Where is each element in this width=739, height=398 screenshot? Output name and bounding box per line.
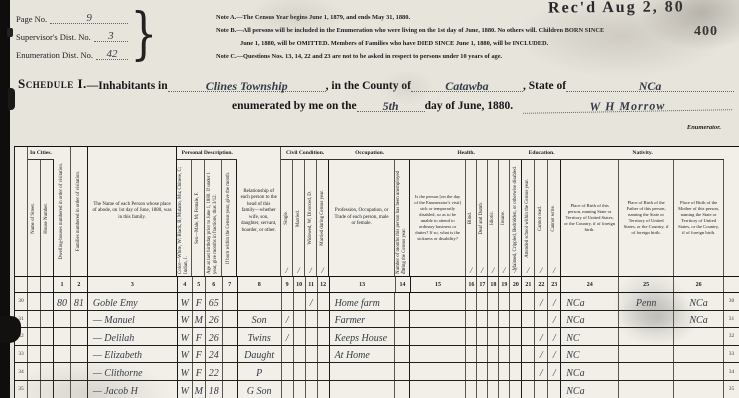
cell-occupation: At Home — [330, 346, 396, 363]
group-personal-description: Personal Description. Color—White, W; Bl… — [177, 147, 237, 276]
page-no-value: 9 — [50, 14, 128, 24]
cell-dwelling — [54, 328, 71, 345]
cell-insane — [499, 346, 510, 363]
tick-mark: / — [297, 267, 299, 275]
header-dwelling-number: Dwelling-houses numbered in order of vis… — [54, 147, 71, 276]
cell-married — [294, 328, 306, 345]
line-number-left: 34 — [15, 363, 28, 380]
cell-pob-father — [619, 311, 674, 328]
cell-blind — [466, 311, 477, 328]
cell-occupation: Farmer — [330, 311, 396, 328]
header-relationship: Relationship of each person to the head … — [237, 147, 281, 276]
cell-name: — Elizabeth — [88, 346, 178, 363]
cell-idiotic — [488, 293, 499, 310]
col-no: 2 — [71, 277, 88, 292]
cell-months-unemployed — [395, 346, 410, 363]
cell-color: W — [178, 363, 193, 380]
group-occupation: Occupation. Profession, Occupation, or T… — [329, 147, 410, 276]
cell-occupation: Home farm — [330, 293, 396, 310]
cell-color: W — [178, 328, 193, 345]
cell-months-unemployed — [395, 363, 410, 380]
tick-mark: / — [401, 267, 403, 275]
inhabitants-label: —Inhabitants in — [87, 80, 168, 92]
col-no: 25 — [619, 277, 674, 292]
cell-attended-school — [522, 346, 535, 363]
cell-pob-father — [619, 346, 674, 363]
header-single: Single./ — [281, 160, 293, 276]
group-health-label: Health. — [410, 147, 522, 160]
cell-cannot-write: / — [548, 363, 561, 380]
note-b-line1: Note B.—All persons will be included in … — [216, 24, 646, 37]
cell-maimed — [510, 381, 522, 398]
cell-married-census-year — [318, 311, 330, 328]
col-no: 24 — [561, 277, 619, 292]
cell-street — [28, 293, 41, 310]
table-row: 31 — Manuel W M 26 Son / Farmer / NCa NC… — [15, 311, 739, 329]
cell-sex: F — [193, 293, 206, 310]
col-no: 16 — [466, 277, 477, 292]
cell-birth-month — [223, 328, 238, 345]
col-no: 7 — [223, 277, 238, 292]
cell-married-census-year — [318, 293, 330, 310]
cell-cannot-read: / — [535, 293, 548, 310]
col-no: 13 — [330, 277, 396, 292]
cell-dwelling — [54, 311, 71, 328]
cell-sex: F — [193, 328, 206, 345]
group-health: Health. Is the person [on the day of the… — [410, 147, 522, 276]
group-in-cities-label: In Cities. — [28, 147, 54, 160]
township-value: Clines Township — [168, 81, 326, 92]
cell-house — [41, 363, 54, 380]
cell-sickness — [410, 311, 466, 328]
header-street: Name of Street. — [28, 160, 41, 276]
note-b-line2: June 1, 1880, will be OMITTED. Members o… — [240, 37, 646, 50]
header-name: The Name of each Person whose place of a… — [88, 147, 178, 276]
cell-age: 24 — [206, 346, 223, 363]
cell-birth-month — [223, 363, 238, 380]
cell-dwelling — [54, 363, 71, 380]
tick-mark: / — [285, 267, 287, 275]
cell-cannot-read: / — [535, 363, 548, 380]
cell-married — [294, 381, 306, 398]
header-birth-month: If born within the Census year, give the… — [222, 160, 237, 276]
cell-family — [71, 363, 88, 380]
cell-maimed — [510, 311, 522, 328]
cell-maimed — [510, 346, 522, 363]
cell-house — [41, 328, 54, 345]
col-no: 10 — [294, 277, 306, 292]
cell-deaf-dumb — [477, 381, 488, 398]
cell-married-census-year — [318, 346, 330, 363]
cell-occupation — [330, 363, 396, 380]
cell-family — [71, 346, 88, 363]
header-family-number: Families numbered in order of visitation… — [71, 147, 88, 276]
cell-cannot-read — [535, 381, 548, 398]
line-number-right: 33 — [724, 346, 739, 363]
cell-pob-mother — [674, 346, 724, 363]
cell-months-unemployed — [395, 293, 410, 310]
cell-sickness — [410, 293, 466, 310]
cell-pob-father — [619, 381, 674, 398]
cell-married — [294, 293, 306, 310]
cell-age: 18 — [206, 381, 223, 398]
cell-insane — [499, 311, 510, 328]
line-number-right: 32 — [724, 328, 739, 345]
cell-married-census-year — [318, 363, 330, 380]
col-no: 26 — [674, 277, 724, 292]
cell-blind — [466, 346, 477, 363]
line-number-left: 35 — [15, 381, 28, 398]
tick-mark: / — [492, 267, 494, 275]
cell-cannot-write: / — [548, 328, 561, 345]
col-no: 14 — [396, 277, 411, 292]
note-c: Note C.—Questions Nos. 13, 14, 22 and 23… — [216, 50, 646, 63]
header-maimed: Maimed, Crippled, Bedridden, or otherwis… — [510, 160, 522, 276]
cell-house — [41, 381, 54, 398]
cell-street — [28, 346, 41, 363]
received-stamp: Rec'd Aug 2, 80 — [548, 0, 685, 18]
cell-pob: NC — [561, 328, 619, 345]
header-months-unemployed: Number of months this person has been un… — [395, 160, 410, 276]
col-no: 15 — [411, 277, 467, 292]
cell-age: 65 — [206, 293, 223, 310]
cell-attended-school — [522, 363, 535, 380]
census-table: In Cities. Name of Street. House Number.… — [14, 146, 739, 398]
enumeration-dist-line: Enumeration Dist. No. 42 — [16, 50, 128, 60]
cell-birth-month — [223, 346, 238, 363]
cell-name: — Clithorne — [88, 363, 178, 380]
cell-color: W — [178, 346, 193, 363]
cell-pob-father: Penn — [619, 293, 674, 310]
cell-widowed: / — [306, 293, 318, 310]
header-profession: Profession, Occupation, or Trade of each… — [329, 160, 395, 276]
col-no: 9 — [282, 277, 294, 292]
header-line-number-right — [724, 147, 739, 276]
line-number-left: 33 — [15, 346, 28, 363]
cell-relationship: Son — [238, 311, 282, 328]
cell-cannot-read — [535, 311, 548, 328]
cell-pob: NC — [561, 346, 619, 363]
cell-family — [71, 381, 88, 398]
header-insane: Insane./ — [499, 160, 510, 276]
col-no: 12 — [318, 277, 330, 292]
cell-pob-father — [619, 363, 674, 380]
group-nativity: Nativity. Place of Birth of this person,… — [561, 147, 724, 276]
group-occupation-label: Occupation. — [329, 147, 410, 160]
tick-mark: / — [309, 267, 311, 275]
cell-widowed — [306, 311, 318, 328]
header-age: Age at last birthday prior to June 1, 18… — [205, 160, 222, 276]
col-no: 5 — [193, 277, 206, 292]
cell-family: 81 — [71, 293, 88, 310]
cell-sickness — [410, 381, 466, 398]
header-blind: Blind./ — [466, 160, 477, 276]
cell-maimed — [510, 293, 522, 310]
cell-blind — [466, 293, 477, 310]
header-sickness: Is the person [on the day of the Enumera… — [410, 160, 466, 276]
cell-pob-mother: NCa — [674, 311, 724, 328]
line-number-right: 34 — [724, 363, 739, 380]
cell-family — [71, 311, 88, 328]
cell-pob: NCa — [561, 363, 619, 380]
col-no: 17 — [477, 277, 488, 292]
cell-street — [28, 311, 41, 328]
cell-dwelling — [54, 381, 71, 398]
cell-sex: M — [193, 381, 206, 398]
col-no: 11 — [306, 277, 318, 292]
cell-idiotic — [488, 363, 499, 380]
column-number-row: 1 2 3 4 5 6 7 8 9 10 11 12 13 14 15 16 1… — [15, 277, 739, 293]
schedule-prefix: Schedule I. — [18, 76, 87, 92]
cell-attended-school — [522, 328, 535, 345]
line-number-left: 30 — [15, 293, 28, 310]
cell-deaf-dumb — [477, 328, 488, 345]
cell-sickness — [410, 328, 466, 345]
cell-single: / — [282, 311, 294, 328]
tick-mark: / — [503, 267, 505, 275]
binding-blob — [0, 316, 21, 343]
line-number-right: 35 — [724, 381, 739, 398]
schedule-title-line: Schedule I. —Inhabitants in Clines Towns… — [18, 76, 734, 92]
cell-pob: NCa — [561, 293, 619, 310]
cell-months-unemployed — [395, 311, 410, 328]
cell-house — [41, 346, 54, 363]
cell-street — [28, 363, 41, 380]
state-value: NCa — [566, 81, 734, 92]
enumerated-prefix: enumerated by me on the — [232, 100, 357, 112]
tick-mark: / — [553, 267, 555, 275]
cell-single — [282, 346, 294, 363]
cell-blind — [466, 381, 477, 398]
cell-pob-mother: NCa — [674, 293, 724, 310]
cell-married — [294, 363, 306, 380]
group-civil-condition: Civil Condition. Single./ Married./ Wido… — [281, 147, 329, 276]
col-no: 4 — [178, 277, 193, 292]
cell-name: Goble Emy — [88, 293, 178, 310]
cell-street — [28, 381, 41, 398]
supervisor-dist-label: Supervisor's Dist. No. — [16, 32, 91, 42]
cell-idiotic — [488, 311, 499, 328]
cell-cannot-write — [548, 381, 561, 398]
cell-idiotic — [488, 328, 499, 345]
cell-cannot-write: / — [548, 311, 561, 328]
cell-pob-father — [619, 328, 674, 345]
enumerated-suffix: day of June, 1880. — [425, 100, 514, 112]
cell-dwelling — [54, 346, 71, 363]
group-personal-label: Personal Description. — [177, 147, 237, 160]
cell-idiotic — [488, 381, 499, 398]
cell-single — [282, 381, 294, 398]
cell-relationship: Daught — [238, 346, 282, 363]
cell-dwelling: 80 — [54, 293, 71, 310]
group-nativity-label: Nativity. — [561, 147, 724, 160]
col-no: 23 — [548, 277, 561, 292]
header-pob-father: Place of Birth of the Father of this per… — [619, 160, 674, 276]
table-row: 30 80 81 Goble Emy W F 65 / Home farm / … — [15, 293, 739, 311]
cell-single — [282, 363, 294, 380]
cell-birth-month — [223, 293, 238, 310]
cell-attended-school — [522, 311, 535, 328]
cell-deaf-dumb — [477, 311, 488, 328]
page-no-line: Page No. 9 — [16, 14, 128, 24]
table-row: 33 — Elizabeth W F 24 Daught At Home / /… — [15, 346, 739, 364]
header-color: Color—White, W; Black, B; Mulatto, Mu; C… — [177, 160, 192, 276]
header-pob-mother: Place of Birth of the Mother of this per… — [674, 160, 724, 276]
col-no: 6 — [206, 277, 223, 292]
group-civil-label: Civil Condition. — [281, 147, 329, 160]
cell-color: W — [178, 381, 193, 398]
cell-attended-school — [522, 381, 535, 398]
cell-single: / — [282, 328, 294, 345]
cell-married — [294, 311, 306, 328]
cell-age: 22 — [206, 363, 223, 380]
cell-sex: F — [193, 363, 206, 380]
cell-sickness — [410, 346, 466, 363]
col-no: 21 — [522, 277, 535, 292]
cell-name: — Manuel — [88, 311, 178, 328]
cell-age: 26 — [206, 328, 223, 345]
cell-name: — Jacob H — [88, 381, 178, 398]
col-no: 8 — [238, 277, 282, 292]
header-sex: Sex—Male, M; Female, F. — [192, 160, 205, 276]
enumeration-dist-value: 42 — [96, 50, 128, 60]
cell-color: W — [178, 311, 193, 328]
cell-relationship: P — [238, 363, 282, 380]
cell-sex: M — [193, 311, 206, 328]
tick-mark: / — [527, 267, 529, 275]
group-in-cities: In Cities. Name of Street. House Number. — [28, 147, 54, 276]
notes-block: Note A.—The Census Year begins June 1, 1… — [216, 11, 646, 63]
enumerator-label: Enumerator. — [687, 124, 721, 131]
col-no: 18 — [488, 277, 499, 292]
tick-mark: / — [481, 267, 483, 275]
cell-pob-mother — [674, 381, 724, 398]
group-education: Education. Attended school within the Ce… — [522, 147, 561, 276]
page-number-stamp: 400 — [694, 24, 718, 40]
county-label: , in the County of — [326, 80, 411, 92]
cell-cannot-read: / — [535, 346, 548, 363]
cell-color: W — [178, 293, 193, 310]
header-married: Married./ — [293, 160, 305, 276]
cell-occupation: Keeps House — [330, 328, 396, 345]
tick-mark: / — [321, 267, 323, 275]
header-married-census-year: Married during Census year./ — [317, 160, 329, 276]
cell-widowed — [306, 346, 318, 363]
cell-cannot-write: / — [548, 346, 561, 363]
cell-married-census-year — [318, 328, 330, 345]
cell-maimed — [510, 363, 522, 380]
cell-idiotic — [488, 346, 499, 363]
cell-pob-mother — [674, 363, 724, 380]
cell-married-census-year — [318, 381, 330, 398]
cell-pob-mother — [674, 328, 724, 345]
cell-name: — Delilah — [88, 328, 178, 345]
cell-pob: NCa — [561, 381, 619, 398]
tick-mark: / — [470, 267, 472, 275]
col-no: 19 — [499, 277, 510, 292]
district-block: Page No. 9 Supervisor's Dist. No. 3 Enum… — [16, 14, 128, 68]
cell-insane — [499, 328, 510, 345]
table-row: 32 — Delilah W F 26 Twins / Keeps House … — [15, 328, 739, 346]
col-no: 22 — [535, 277, 548, 292]
county-value: Catawba — [411, 81, 523, 92]
cell-street — [28, 328, 41, 345]
brace-glyph: } — [130, 2, 157, 67]
line-number-right: 31 — [724, 311, 739, 328]
col-no: 1 — [54, 277, 71, 292]
cell-sickness — [410, 363, 466, 380]
cell-insane — [499, 381, 510, 398]
header-widowed: Widowed, W; Divorced, D./ — [305, 160, 317, 276]
cell-married — [294, 346, 306, 363]
header-cannot-read: Cannot read./ — [535, 160, 548, 276]
cell-deaf-dumb — [477, 293, 488, 310]
cell-relationship — [238, 293, 282, 310]
supervisor-dist-line: Supervisor's Dist. No. 3 — [16, 32, 128, 42]
cell-insane — [499, 293, 510, 310]
cell-attended-school — [522, 293, 535, 310]
cell-single — [282, 293, 294, 310]
cell-relationship: G Son — [238, 381, 282, 398]
enumeration-dist-label: Enumeration Dist. No. — [16, 50, 93, 60]
tick-mark: / — [540, 267, 542, 275]
day-value: 5th — [357, 101, 425, 112]
header-idiotic: Idiotic./ — [488, 160, 499, 276]
binding-blob — [7, 28, 13, 37]
cell-age: 26 — [206, 311, 223, 328]
table-row: 35 — Jacob H W M 18 G Son NCa 35 — [15, 381, 739, 398]
cell-widowed — [306, 381, 318, 398]
table-body: 30 80 81 Goble Emy W F 65 / Home farm / … — [15, 293, 739, 398]
state-label: , State of — [523, 80, 566, 92]
cell-deaf-dumb — [477, 363, 488, 380]
col-no: 20 — [510, 277, 522, 292]
cell-blind — [466, 363, 477, 380]
table-row: 34 — Clithorne W F 22 P / / NCa 34 — [15, 363, 739, 381]
cell-relationship: Twins — [238, 328, 282, 345]
cell-blind — [466, 328, 477, 345]
header-attended-school: Attended school within the Census year./ — [522, 160, 535, 276]
enumerator-signature: W H Morrow — [523, 99, 732, 114]
cell-months-unemployed — [395, 381, 410, 398]
census-schedule-scan: Page No. 9 Supervisor's Dist. No. 3 Enum… — [0, 0, 739, 398]
cell-pob: NCa — [561, 311, 619, 328]
header-house-number: House Number. — [41, 160, 54, 276]
cell-widowed — [306, 328, 318, 345]
table-header: In Cities. Name of Street. House Number.… — [15, 147, 739, 277]
cell-occupation — [330, 381, 396, 398]
tick-mark: / — [514, 267, 516, 275]
cell-widowed — [306, 363, 318, 380]
line-number-right: 30 — [724, 293, 739, 310]
cell-cannot-write: / — [548, 293, 561, 310]
cell-house — [41, 293, 54, 310]
cell-family — [71, 328, 88, 345]
header-cannot-write: Cannot write./ — [548, 160, 561, 276]
header-deaf-dumb: Deaf and Dumb./ — [477, 160, 488, 276]
cell-insane — [499, 363, 510, 380]
group-education-label: Education. — [522, 147, 561, 160]
cell-birth-month — [223, 381, 238, 398]
cell-deaf-dumb — [477, 346, 488, 363]
header-pob: Place of Birth of this person, naming St… — [561, 160, 619, 276]
col-no: 3 — [88, 277, 178, 292]
cell-house — [41, 311, 54, 328]
cell-sex: F — [193, 346, 206, 363]
binding-blob — [8, 88, 15, 110]
cell-cannot-read: / — [535, 328, 548, 345]
enumerated-line: enumerated by me on the 5th day of June,… — [232, 100, 732, 112]
